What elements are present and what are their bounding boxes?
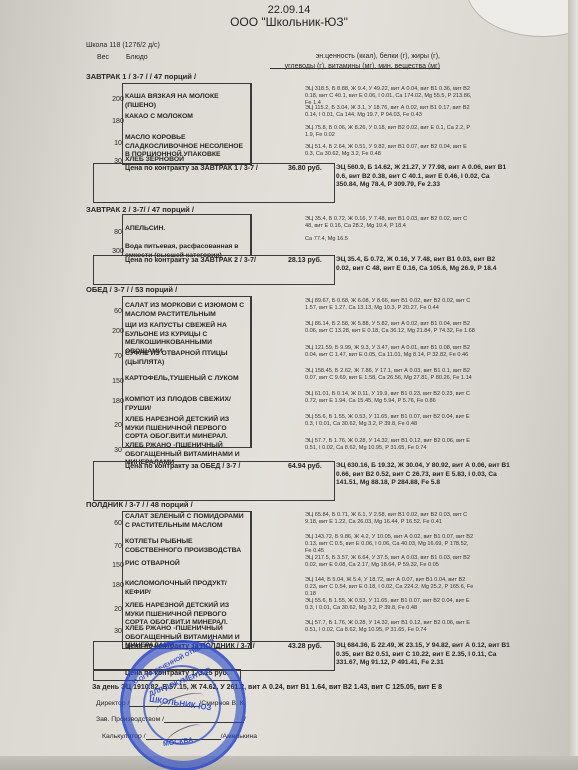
dish-name: КАША ВЯЗКАЯ НА МОЛОКЕ (ПШЕНО)	[125, 93, 247, 110]
meal-section-title: ПОЛДНИК / 3-7 / / 48 порций /	[86, 500, 193, 509]
meal-section-title: ОБЕД / 3-7 / / 53 порций /	[86, 285, 177, 294]
column-nutrition: эн.ценность (ккал), белки (г), жиры (г),…	[270, 52, 440, 72]
column-nutrition-line1: эн.ценность (ккал), белки (г), жиры (г),	[270, 52, 440, 62]
school-name: Школа 118 (1276/2 д/с)	[86, 42, 160, 49]
menu-document: 22.09.14 ООО "Школьник-ЮЗ" Школа 118 (12…	[0, 0, 578, 770]
paper-edge	[568, 0, 578, 770]
meal-total-nutrition: ЭЦ 684.36, Б 22.49, Ж 23.15, У 94.82, ви…	[336, 642, 511, 668]
price-label: Цена по контракту за ЗАВТРАК 1 / 3-7 /	[125, 165, 258, 172]
organization-name: ООО "Школьник-ЮЗ"	[0, 15, 578, 29]
nutrition-column-border	[250, 296, 251, 448]
dish-name: АПЕЛЬСИН.	[125, 225, 247, 234]
column-weight: Вес	[97, 54, 109, 61]
dish-name: КАРТОФЕЛЬ,ТУШЕНЫЙ С ЛУКОМ	[125, 375, 247, 384]
dish-nutrition: ЭЦ 55.6, Б 1.55, Ж 0.53, У 11.65, вит В1…	[305, 598, 475, 612]
price-label: Цена по контракту за ЗАВТРАК 2 / 3-7/	[125, 257, 256, 264]
dish-nutrition: ЭЦ 35.4, Б 0.72, Ж 0.16, У 7.48, вит В1 …	[305, 216, 475, 230]
dish-name: РИС ОТВАРНОЙ	[125, 560, 247, 569]
dish-nutrition: ЭЦ 57.7, Б 1.76, Ж 0.28, У 14.32, вит В1…	[305, 438, 475, 452]
meal-total-nutrition: ЭЦ 35.4, Б 0.72, Ж 0.16, У 7.48, вит В1 …	[336, 256, 511, 273]
nutrition-column-border	[250, 214, 251, 256]
dish-nutrition: ЭЦ 51.4, Б 2.64, Ж 0.51, У 9.82, вит В1 …	[305, 144, 475, 158]
dish-name: КОТЛЕТЫ РЫБНЫЕ СОБСТВЕННОГО ПРОИЗВОДСТВА	[125, 538, 247, 555]
meal-total-nutrition: ЭЦ 630.16, Б 19.32, Ж 30.04, У 80.92, ви…	[336, 462, 511, 488]
dish-name: ХЛЕБ НАРЕЗНОЙ ДЕТСКИЙ ИЗ МУКИ ПШЕНИЧНОЙ …	[125, 602, 247, 628]
dish-nutrition: ЭЦ 61.01, Б 0.14, Ж 0.11, У 19.9, вит В1…	[305, 391, 475, 405]
dish-name: КИСЛОМОЛОЧНЫЙ ПРОДУКТ/КЕФИР/	[125, 580, 247, 597]
price-value: 43.28 руб.	[288, 643, 322, 650]
price-value: 64.94 руб.	[288, 463, 322, 470]
dish-nutrition: ЭЦ 55.6, Б 1.55, Ж 0.53, У 11.65, вит В1…	[305, 414, 475, 428]
meal-section-title: ЗАВТРАК 1 / 3-7 / / 47 порций /	[86, 72, 196, 81]
dish-nutrition: ЭЦ 75.8, Б 0.06, Ж 8.26, У 0.18, вит В2 …	[305, 125, 475, 139]
dish-nutrition: ЭЦ 121.59, Б 9.99, Ж 9.3, У 3.47, вит А …	[305, 345, 475, 359]
nutrition-column-border	[250, 511, 251, 649]
dish-nutrition: ЭЦ 158.45, Б 2.62, Ж 7.86, У 17.1, вит А…	[305, 368, 475, 382]
official-stamp: С ОГРАНИЧЕННОЙ ОТВЕТСТВ ДЛЯ ДОКУМЕНТОВ Ш…	[120, 640, 246, 770]
header-divider	[270, 68, 440, 69]
dish-nutrition: ЭЦ 217.5, Б 3.57, Ж 6.64, У 37.5, вит А …	[305, 555, 475, 569]
dish-nutrition: ЭЦ 89.67, Б 0.68, Ж 6.08, У 8.66, вит В1…	[305, 298, 475, 312]
dish-nutrition: ЭЦ 65.84, Б 0.71, Ж 6.1, У 2.58, вит В1 …	[305, 512, 475, 526]
meal-section-title: ЗАВТРАК 2 / 3-7/ / 47 порций /	[86, 205, 194, 214]
meal-total-nutrition: ЭЦ 560.9, Б 14.62, Ж 21.27, У 77.98, вит…	[336, 164, 511, 190]
table-edge	[0, 756, 578, 770]
dish-name: САЛАТ ЗЕЛЕНЫЙ С ПОМИДОРАМИ С РАСТИТЕЛЬНЫ…	[125, 513, 247, 530]
dish-nutrition: ЭЦ 115.2, Б 3.04, Ж 3.1, У 18.76, вит А …	[305, 105, 475, 119]
dish-name: КАКАО С МОЛОКОМ	[125, 113, 247, 122]
price-label: Цена по контракту за ОБЕД / 3-7 /	[125, 463, 240, 470]
price-value: 28.13 руб.	[288, 257, 322, 264]
nutrition-column-border	[250, 83, 251, 165]
dish-nutrition: ЭЦ 144, Б 5.04, Ж 5.4, У 18.72, вит А 0.…	[305, 577, 475, 598]
dish-name: КОМПОТ ИЗ ПЛОДОВ СВЕЖИХ/ГРУШИ/	[125, 396, 247, 413]
dish-name: САЛАТ ИЗ МОРКОВИ С ИЗЮМОМ С МАСЛОМ РАСТИ…	[125, 302, 247, 319]
column-dish: Блюдо	[126, 54, 148, 61]
dish-nutrition: ЭЦ 86.14, Б 2.58, Ж 5.88, У 5.82, вит А …	[305, 321, 475, 335]
column-nutrition-line2: углеводы (г), витамины (мг), мин. вещест…	[270, 62, 440, 72]
dish-nutrition: Ca 77.4, Mg 16.5	[305, 236, 475, 243]
dish-name: СУФЛЕ ИЗ ОТВАРНОЙ ПТИЦЫ (ЦЫПЛЯТА)	[125, 350, 247, 367]
dish-nutrition: ЭЦ 143.72, Б 9.86, Ж 4.2, У 10.05, вит А…	[305, 534, 475, 555]
dish-nutrition: ЭЦ 318.5, Б 8.88, Ж 9.4, У 49.22, вит А …	[305, 86, 475, 107]
dish-nutrition: ЭЦ 57.7, Б 1.76, Ж 0.28, У 14.32, вит В1…	[305, 620, 475, 634]
dish-name: ХЛЕБ НАРЕЗНОЙ ДЕТСКИЙ ИЗ МУКИ ПШЕНИЧНОЙ …	[125, 416, 247, 442]
price-value: 36.80 руб.	[288, 165, 322, 172]
